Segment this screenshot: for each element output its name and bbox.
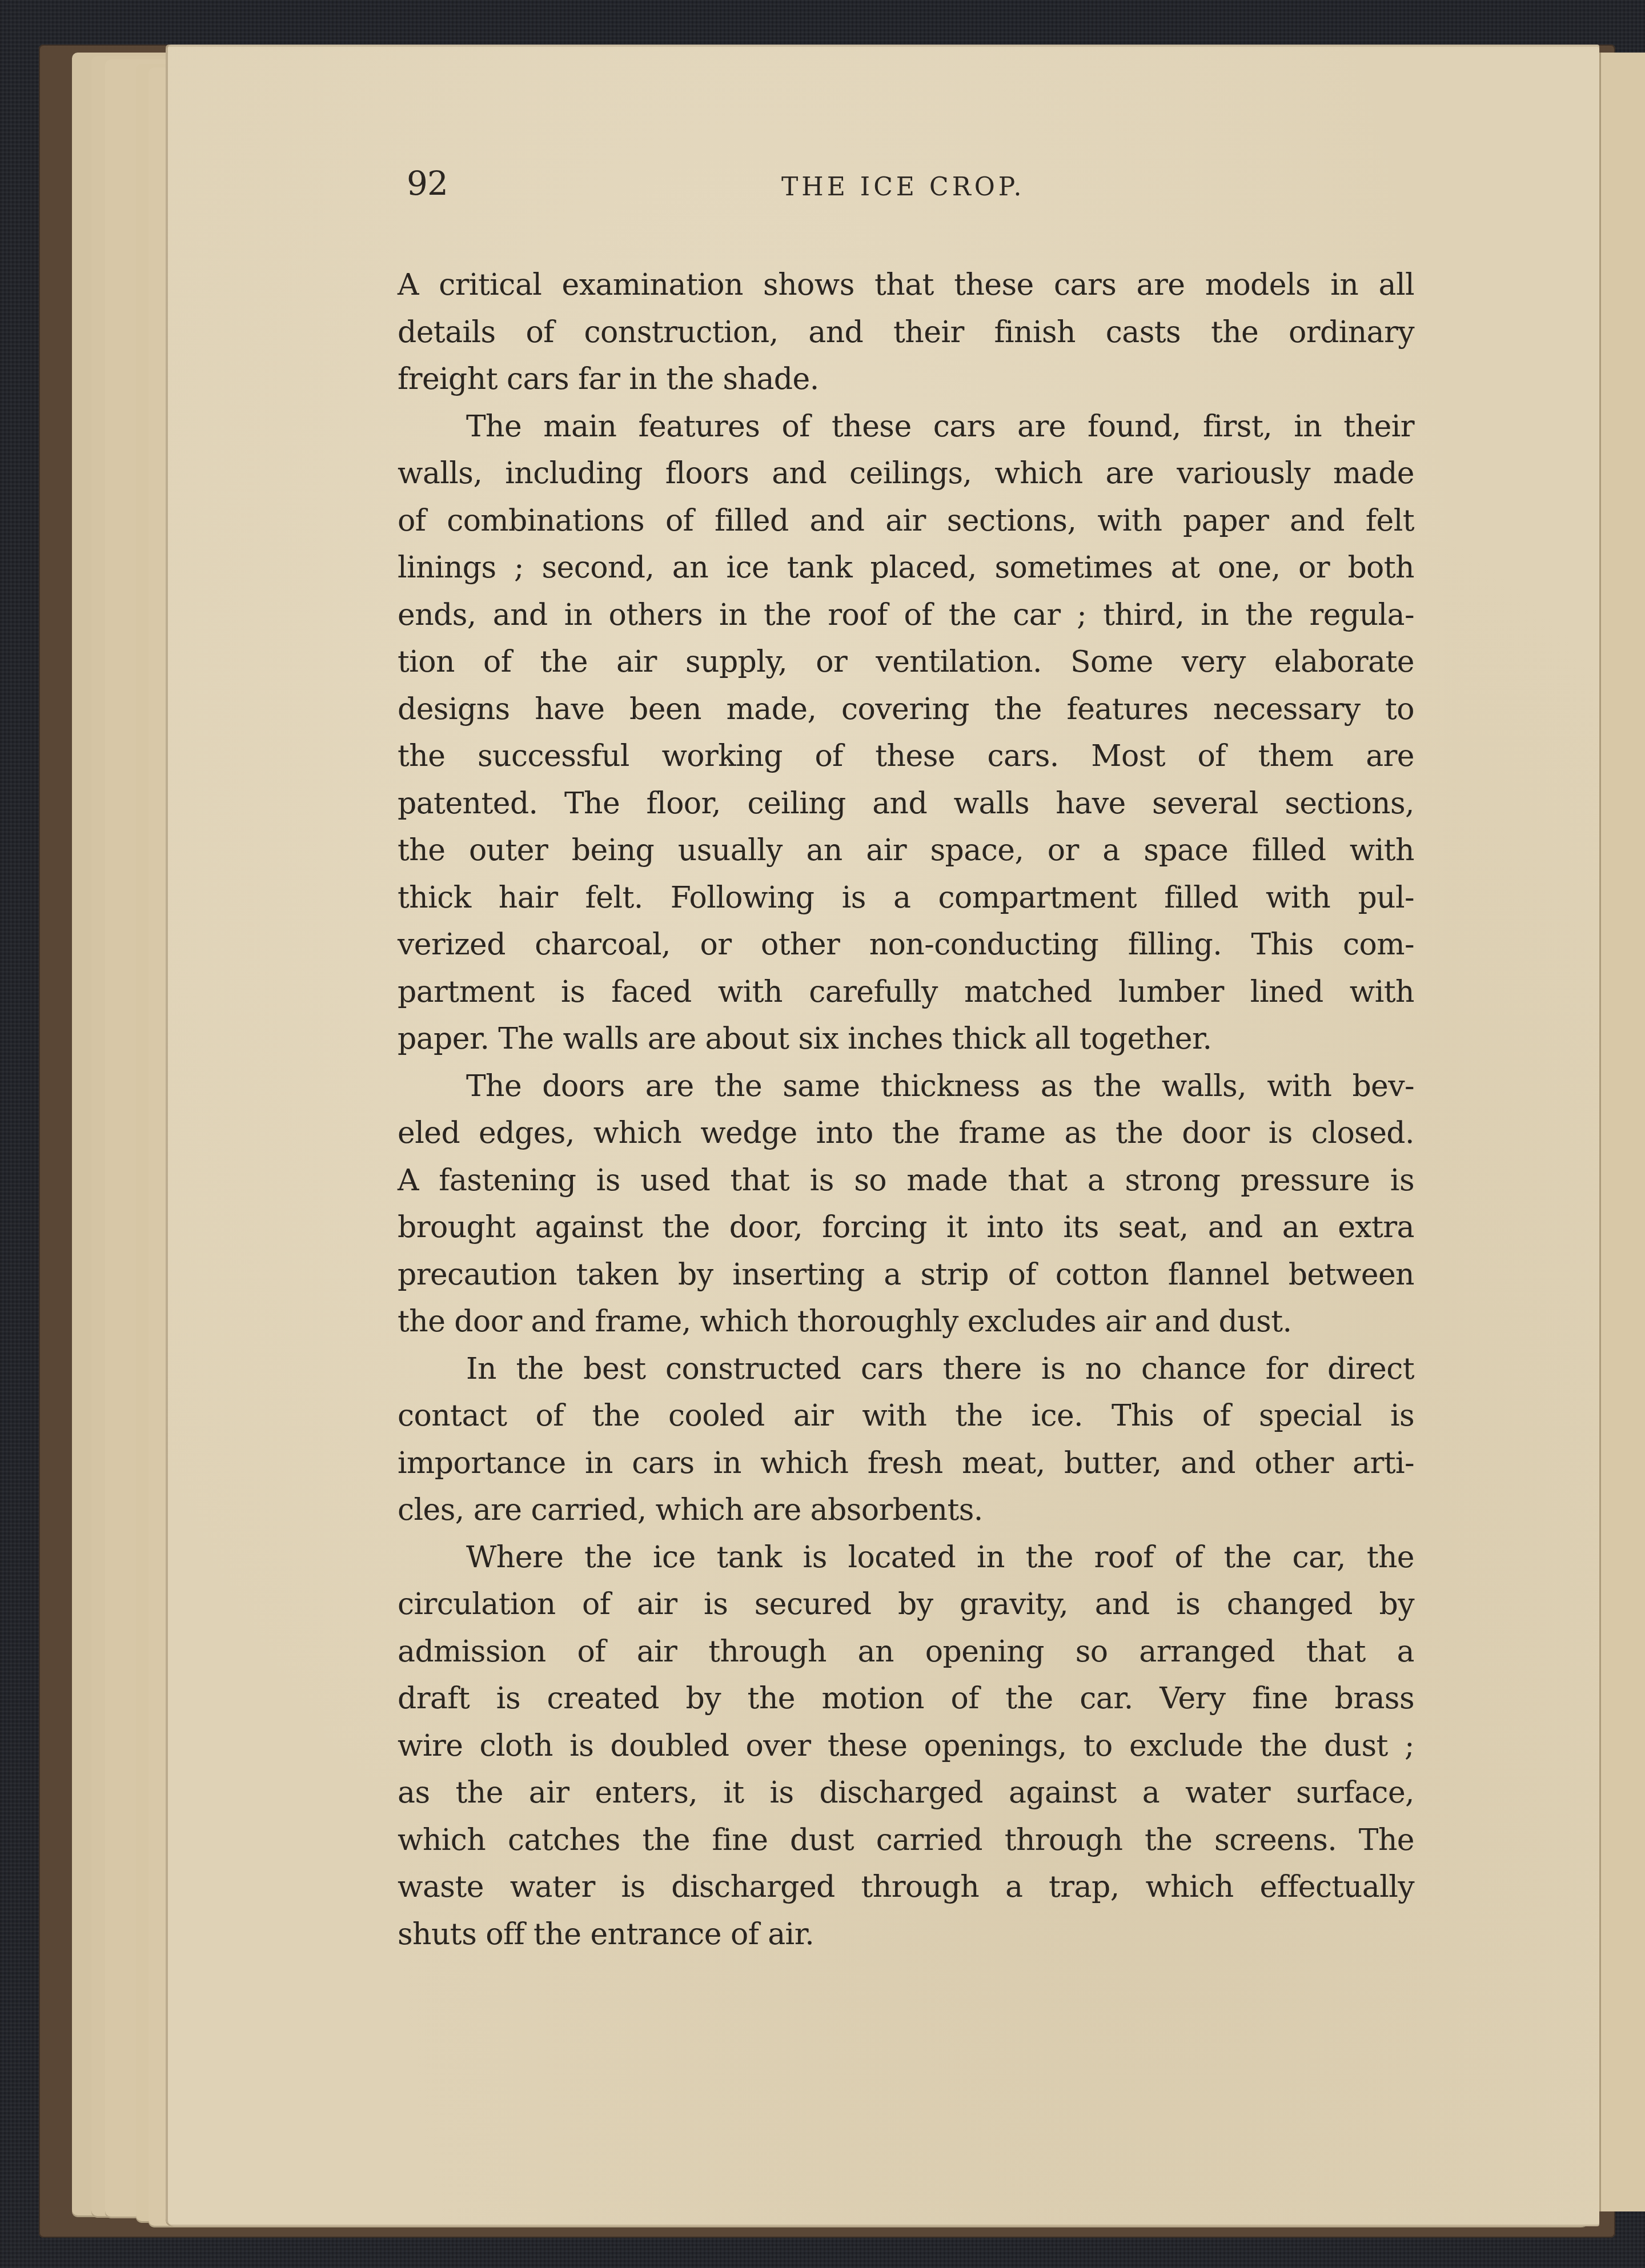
text-line: the door and frame, which thoroughly exc…	[398, 1298, 1414, 1346]
text-line: freight cars far in the shade.	[398, 356, 1414, 403]
text-line: circulation of air is secured by gravity…	[398, 1581, 1414, 1628]
text-line: of combinations of filled and air sectio…	[398, 497, 1414, 545]
text-line: A critical examination shows that these …	[398, 262, 1414, 309]
text-line: the successful working of these cars. Mo…	[398, 733, 1414, 780]
body-text: A critical examination shows that these …	[398, 262, 1414, 1958]
text-line: verized charcoal, or other non-conductin…	[398, 921, 1414, 969]
paragraph: In the best constructed cars there is no…	[398, 1346, 1414, 1534]
text-line: wire cloth is doubled over these opening…	[398, 1723, 1414, 1770]
text-line: eled edges, which wedge into the frame a…	[398, 1110, 1414, 1157]
text-line: ends, and in others in the roof of the c…	[398, 592, 1414, 639]
text-line: tion of the air supply, or ventilation. …	[398, 639, 1414, 686]
text-line: partment is faced with carefully matched…	[398, 969, 1414, 1016]
running-title: THE ICE CROP.	[781, 175, 1025, 200]
text-line: A fastening is used that is so made that…	[398, 1157, 1414, 1205]
text-line: brought against the door, forcing it int…	[398, 1204, 1414, 1251]
text-line: the outer being usually an air space, or…	[398, 827, 1414, 874]
text-line: details of construction, and their finis…	[398, 309, 1414, 356]
next-page-edge	[1599, 53, 1645, 2211]
page-number: 92	[407, 167, 448, 200]
text-line: as the air enters, it is discharged agai…	[398, 1769, 1414, 1817]
text-line: cles, are carried, which are absorbents.	[398, 1487, 1414, 1534]
text-line: The main features of these cars are foun…	[398, 403, 1414, 451]
text-line: linings ; second, an ice tank placed, so…	[398, 544, 1414, 592]
text-line: admission of air through an opening so a…	[398, 1628, 1414, 1676]
text-line: designs have been made, covering the fea…	[398, 686, 1414, 733]
text-line: contact of the cooled air with the ice. …	[398, 1392, 1414, 1440]
paragraph: The doors are the same thickness as the …	[398, 1063, 1414, 1346]
text-line: walls, including floors and ceilings, wh…	[398, 450, 1414, 497]
text-line: waste water is discharged through a trap…	[398, 1864, 1414, 1911]
text-line: In the best constructed cars there is no…	[398, 1346, 1414, 1393]
text-line: Where the ice tank is located in the roo…	[398, 1534, 1414, 1581]
running-header: 92 THE ICE CROP.	[407, 167, 1412, 212]
paragraph: A critical examination shows that these …	[398, 262, 1414, 403]
text-line: importance in cars in which fresh meat, …	[398, 1440, 1414, 1487]
text-line: The doors are the same thickness as the …	[398, 1063, 1414, 1110]
text-line: which catches the fine dust carried thro…	[398, 1817, 1414, 1864]
paragraph: The main features of these cars are foun…	[398, 403, 1414, 1063]
paragraph: Where the ice tank is located in the roo…	[398, 1534, 1414, 1958]
text-line: thick hair felt. Following is a compartm…	[398, 874, 1414, 922]
text-line: shuts off the entrance of air.	[398, 1911, 1414, 1958]
text-line: precaution taken by inserting a strip of…	[398, 1251, 1414, 1299]
text-line: paper. The walls are about six inches th…	[398, 1015, 1414, 1063]
text-line: patented. The floor, ceiling and walls h…	[398, 780, 1414, 828]
text-line: draft is created by the motion of the ca…	[398, 1675, 1414, 1723]
